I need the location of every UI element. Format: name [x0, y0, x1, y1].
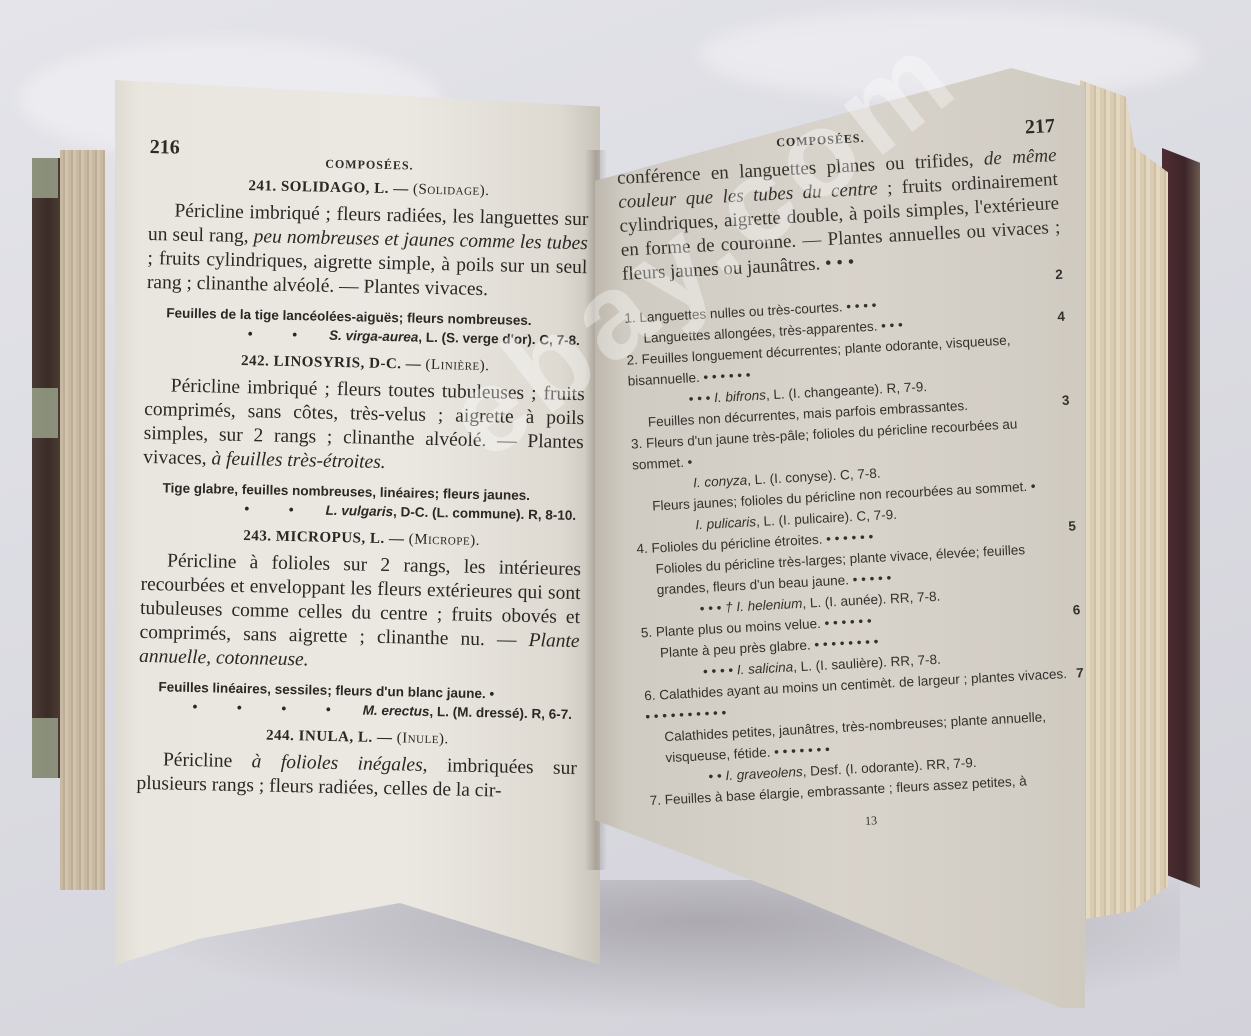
leader-dots: • • — [248, 326, 316, 342]
page-number: 217 — [1024, 115, 1055, 140]
species-name: I. pulicaris — [695, 514, 756, 532]
species-name: I. salicina — [737, 659, 794, 677]
genus-heading: 244. INULA, L. — (Inule). — [137, 725, 577, 751]
key-number: 1. — [624, 310, 640, 326]
genus-common-name: (Solidage). — [413, 182, 490, 200]
key-number: 7. — [649, 792, 665, 808]
key-ref — [1068, 635, 1082, 636]
key-ref — [1069, 656, 1083, 657]
key-ref: 5 — [1061, 515, 1076, 537]
key-ref: 4 — [1050, 306, 1065, 328]
text-run: Péricline — [163, 749, 252, 772]
genus-name: LINOSYRIS, D-C. — — [273, 354, 425, 373]
italic-text: à folioles inégales — [251, 751, 422, 776]
species-info: , D-C. (L. commune). R, 8-10. — [393, 504, 576, 523]
genus-number: 244. — [266, 728, 299, 745]
key-ref — [1054, 384, 1068, 385]
species-info: , L. (S. verge d'or). C, 7-8. — [418, 330, 580, 348]
genus-name: SOLIDAGO, L. — — [281, 179, 413, 198]
genus-heading: 243. MICROPUS, L. — (Micrope). — [141, 526, 581, 552]
left-sections: 241. SOLIDAGO, L. — (Solidage).Péricline… — [136, 176, 589, 805]
right-page: COMPOSÉES. 217 conférence en languettes … — [595, 68, 1085, 1008]
leader-dots: • • — [244, 501, 312, 517]
species-name: † I. helenium — [725, 596, 803, 615]
key-ref: 3 — [1055, 390, 1070, 412]
genus-number: 243. — [243, 528, 276, 545]
italic-text: à feuilles très-étroites. — [211, 448, 386, 473]
genus-heading: 242. LINOSYRIS, D-C. — (Linière). — [145, 351, 585, 377]
leader-dots: • • • — [688, 390, 714, 406]
genus-description: Péricline à folioles inégales, imbriquée… — [136, 748, 577, 805]
leader-dots: • • • • — [703, 662, 738, 679]
genus-description: Péricline à folioles sur 2 rangs, les in… — [139, 549, 581, 678]
genus-description-continued: conférence en languettes planes ou trifi… — [617, 144, 1063, 287]
left-page: 216 COMPOSÉES. 241. SOLIDAGO, L. — (Soli… — [100, 80, 600, 965]
key-ref — [1065, 593, 1079, 594]
key-ref — [1061, 509, 1075, 510]
key-ref — [1057, 426, 1071, 427]
key-ref — [1063, 551, 1077, 552]
key-number: 3. — [631, 436, 647, 452]
leader-dots: • • • — [699, 600, 725, 616]
page-edges-left — [60, 150, 105, 890]
text-run: ; fruits cylindriques, aigrette simple, … — [147, 248, 588, 300]
key-ref: 6 — [1066, 599, 1081, 621]
identification-key: 1. Languettes nulles ou très-courtes. • … — [624, 285, 1085, 811]
text-run: Péricline à folioles sur 2 rangs, les in… — [139, 550, 581, 651]
species-name: S. virga-aurea — [329, 328, 419, 345]
genus-name: MICROPUS, L. — — [276, 529, 409, 548]
leader-dots: • • • • — [192, 699, 348, 717]
species-name: I. conyza — [693, 473, 748, 491]
genus-number: 242. — [241, 353, 274, 370]
species-note: Tige glabre, feuilles nombreuses, linéai… — [162, 478, 583, 525]
genus-number: 241. — [248, 178, 281, 195]
species-name: I. graveolens — [725, 764, 803, 783]
italic-text: peu nombreuses et jaunes comme les tubes — [253, 226, 588, 254]
key-ref — [1074, 761, 1085, 762]
key-ref — [1075, 782, 1085, 783]
species-info: , L. (M. dressé). R, 6-7. — [429, 704, 572, 722]
genus-common-name: (Inule). — [397, 730, 449, 747]
key-number: 5. — [641, 625, 657, 641]
species-note: Feuilles linéaires, sessiles; fleurs d'u… — [158, 677, 579, 724]
key-ref — [1072, 719, 1085, 720]
species-name: L. vulgaris — [325, 503, 393, 519]
genus-common-name: (Linière). — [425, 357, 489, 374]
genus-description: Péricline imbriqué ; fleurs toutes tubul… — [143, 374, 585, 479]
key-number: 6. — [644, 687, 660, 703]
genus-name: INULA, L. — — [298, 728, 396, 746]
running-head: COMPOSÉES. — [776, 131, 865, 151]
species-note: Feuilles de la tige lancéolées-aiguës; f… — [166, 303, 587, 350]
species-name: M. erectus — [363, 703, 430, 719]
key-ref — [1060, 488, 1074, 489]
key-number: 4. — [636, 541, 652, 557]
species-name: I. bifrons — [714, 387, 766, 405]
key-ref — [1050, 300, 1064, 301]
genus-common-name: (Micrope). — [409, 532, 481, 549]
key-ref: 2 — [1048, 264, 1063, 286]
key-description: , L. (I. pulicaire). C, 7-9. — [756, 507, 898, 529]
left-page-content: 216 COMPOSÉES. 241. SOLIDAGO, L. — (Soli… — [136, 136, 590, 805]
signature-mark: 13 — [651, 802, 1085, 840]
key-ref: 7 — [1069, 662, 1084, 684]
right-page-content: COMPOSÉES. 217 conférence en languettes … — [615, 115, 1085, 840]
leader-dots: • • — [708, 768, 726, 784]
page-edges-right — [1080, 80, 1168, 920]
genus-heading: 241. SOLIDAGO, L. — (Solidage). — [149, 176, 589, 202]
key-number: 2. — [626, 352, 642, 368]
key-description: , L. (I. aunée). RR, 7-8. — [802, 589, 941, 611]
key-ref — [1059, 467, 1073, 468]
genus-description: Péricline imbriqué ; fleurs radiées, les… — [147, 199, 589, 304]
key-ref — [1052, 342, 1066, 343]
